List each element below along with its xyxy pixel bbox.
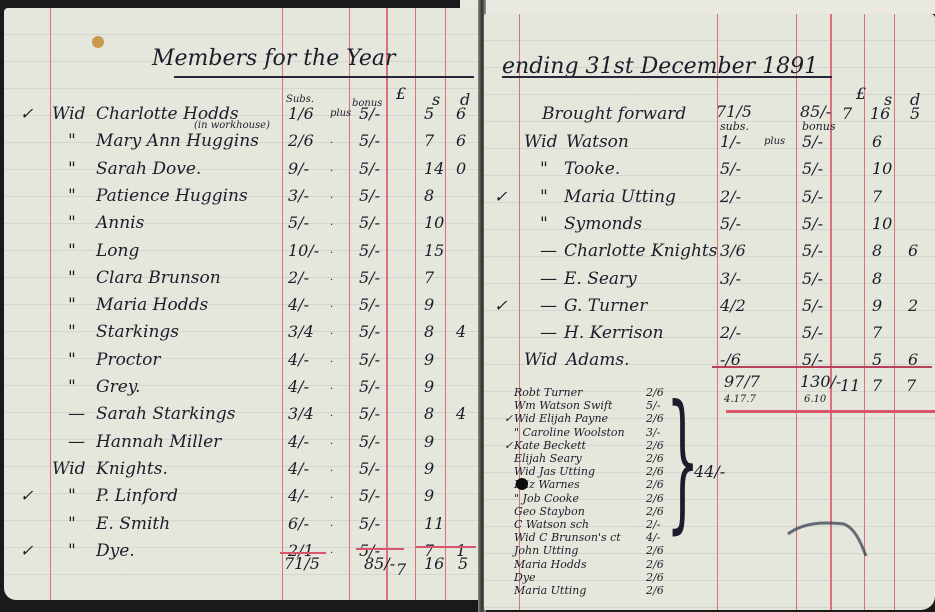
plus-marker: . (330, 135, 333, 146)
pounds-column-rule (415, 8, 416, 600)
subs-value: 1/- (720, 132, 741, 151)
row-prefix: " (68, 350, 76, 370)
plus-marker: . (330, 436, 333, 447)
shillings-value: 7 (872, 323, 882, 342)
header-pounds: £ (856, 84, 866, 103)
bonus-value: 5/- (359, 486, 380, 505)
row-prefix: " (68, 186, 76, 206)
shillings-value: 15 (424, 241, 444, 260)
supplementary-name: John Utting (514, 544, 578, 557)
bonus-value: 5/- (359, 268, 380, 287)
row-prefix: — (540, 269, 557, 289)
member-name: Long (96, 241, 139, 261)
row-prefix: " (68, 514, 76, 534)
pence-value: 6 (456, 131, 466, 150)
pence-value: 6 (456, 104, 466, 123)
plus-marker: plus (330, 108, 351, 119)
total-subs: 71/5 (284, 554, 320, 573)
shillings-value: 8 (872, 241, 882, 260)
shillings-value: 10 (872, 214, 892, 233)
supplementary-amount: 2/6 (646, 505, 664, 518)
row-prefix: Wid (52, 104, 86, 124)
supplementary-name: Wid C Brunson's ct (514, 531, 621, 544)
row-prefix: Wid (524, 132, 558, 152)
member-name: G. Turner (564, 296, 647, 316)
supplementary-amount: 2/6 (646, 558, 664, 571)
total-shillings: 7 (872, 376, 882, 395)
subs-value: 4/- (288, 350, 309, 369)
member-note: (in workhouse) (194, 120, 270, 131)
supplementary-amount: 4/- (646, 531, 660, 544)
member-name: Starkings (96, 322, 179, 342)
member-name: Dye. (96, 541, 135, 561)
member-name: P. Linford (96, 486, 178, 506)
member-name: Clara Brunson (96, 268, 221, 288)
row-prefix: " (68, 268, 76, 288)
row-prefix: " (68, 131, 76, 151)
brought-forward-pence: 5 (910, 104, 920, 123)
supplementary-amount: 2/6 (646, 571, 664, 584)
brought-forward-pounds: 7 (842, 104, 852, 123)
bonus-value: 5/- (802, 269, 823, 288)
plus-marker: . (330, 545, 333, 556)
row-prefix: " (540, 214, 548, 234)
bonus-value: 5/- (359, 459, 380, 478)
member-name: Hannah Miller (96, 432, 221, 452)
pence-value: 0 (456, 159, 466, 178)
shillings-column-rule (445, 8, 446, 600)
shillings-value: 9 (424, 295, 434, 314)
plus-marker: . (330, 408, 333, 419)
supplementary-amount: 2/6 (646, 386, 664, 399)
row-prefix: " (68, 295, 76, 315)
header-pounds: £ (396, 84, 406, 103)
shillings-value: 9 (424, 459, 434, 478)
subs-value: 5/- (720, 159, 741, 178)
supplementary-amount: 2/- (646, 518, 660, 531)
shillings-value: 8 (424, 404, 434, 423)
plus-marker: . (330, 463, 333, 474)
supplementary-amount: 2/6 (646, 412, 664, 425)
supplementary-amount: 2/6 (646, 544, 664, 557)
shillings-value: 9 (424, 377, 434, 396)
total-pence: 5 (458, 554, 468, 573)
plus-marker: . (330, 299, 333, 310)
row-prefix: " (68, 541, 76, 561)
bonus-value: 5/- (359, 377, 380, 396)
total-bonus-sub: 6.10 (804, 394, 826, 405)
subs-value: 2/- (720, 187, 741, 206)
member-name: Sarah Starkings (96, 404, 235, 424)
total-rule (356, 548, 404, 550)
plus-marker: . (330, 518, 333, 529)
supplementary-name: Robt Turner (514, 386, 582, 399)
member-name: Symonds (564, 214, 642, 234)
page-title-left: Members for the Year (152, 46, 396, 71)
bonus-value: 5/- (802, 323, 823, 342)
ink-stain (92, 36, 104, 48)
total-subs: 97/7 (724, 372, 760, 391)
total-bonus: 130/- (800, 372, 841, 391)
member-name: Annis (96, 213, 144, 233)
total-rule (416, 546, 476, 548)
subs-value: 4/- (288, 459, 309, 478)
plus-marker: . (330, 326, 333, 337)
supplementary-name: Wm Watson Swift (514, 399, 612, 412)
bonus-value: 5/- (802, 296, 823, 315)
shillings-value: 10 (872, 159, 892, 178)
bonus-value: 5/- (359, 514, 380, 533)
member-name: Proctor (96, 350, 161, 370)
bracket-icon: } (666, 386, 699, 536)
pence-value: 2 (908, 296, 918, 315)
plus-marker: . (330, 272, 333, 283)
row-prefix: " (68, 486, 76, 506)
row-prefix: — (540, 296, 557, 316)
title-underline (502, 76, 832, 78)
bonus-value: 5/- (359, 404, 380, 423)
total-rule (712, 366, 932, 368)
bonus-value: 5/- (802, 214, 823, 233)
member-name: Watson (566, 132, 629, 152)
subs-value: 3/4 (288, 404, 314, 423)
subs-value: 3/- (720, 269, 741, 288)
subs-value: 5/- (720, 214, 741, 233)
member-name: Grey. (96, 377, 141, 397)
pence-value: 4 (456, 322, 466, 341)
supplementary-amount: 5/- (646, 399, 660, 412)
supplementary-amount: 2/6 (646, 439, 664, 452)
plus-marker: . (330, 354, 333, 365)
supplementary-amount: 3/- (646, 426, 660, 439)
shillings-value: 7 (872, 187, 882, 206)
subs-value: 4/2 (720, 296, 746, 315)
member-name: Adams. (566, 350, 630, 370)
subs-value: 6/- (288, 514, 309, 533)
subs-value: 9/- (288, 159, 309, 178)
member-name: H. Kerrison (564, 323, 664, 343)
plus-marker: . (330, 217, 333, 228)
supplementary-name: Maria Utting (514, 584, 586, 597)
plus-marker: . (330, 490, 333, 501)
supplementary-name: " Job Cooke (514, 492, 579, 505)
shillings-value: 8 (424, 186, 434, 205)
brought-forward-shillings: 16 (870, 104, 890, 123)
subs-value: 3/- (288, 186, 309, 205)
margin-rule (50, 8, 51, 600)
shillings-value: 8 (424, 322, 434, 341)
bonus-value: 5/- (359, 322, 380, 341)
subs-value: 2/6 (288, 131, 314, 150)
bonus-value: 5/- (802, 187, 823, 206)
shillings-value: 10 (424, 213, 444, 232)
subs-value: 5/- (288, 213, 309, 232)
supplementary-name: Maria Hodds (514, 558, 587, 571)
supplementary-amount: 2/6 (646, 478, 664, 491)
bonus-value: 5/- (359, 213, 380, 232)
brought-forward-subs: 71/5 (716, 102, 752, 121)
bonus-value: 5/- (802, 159, 823, 178)
subs-value: 1/6 (288, 104, 314, 123)
shillings-value: 7 (424, 268, 434, 287)
plus-marker: . (330, 163, 333, 174)
bonus-value: 5/- (802, 132, 823, 151)
total-pounds: 7 (396, 560, 406, 579)
shillings-value: 14 (424, 159, 444, 178)
bonus-value: 5/- (359, 186, 380, 205)
supplementary-name: Geo Staybon (514, 505, 585, 518)
subs-value: 2/- (720, 323, 741, 342)
subs-value: 3/4 (288, 322, 314, 341)
shillings-value: 11 (424, 514, 444, 533)
supplementary-name: Kate Beckett (514, 439, 586, 452)
row-prefix: " (68, 241, 76, 261)
supplementary-name: Elijah Seary (514, 452, 582, 465)
supplementary-name: Dye (514, 571, 536, 584)
supplementary-amount: 2/6 (646, 584, 664, 597)
total-pounds: 11 (840, 376, 860, 395)
row-prefix: " (68, 322, 76, 342)
supplementary-name: Wid Jas Utting (514, 465, 595, 478)
pence-value: 6 (908, 241, 918, 260)
member-name: Knights. (96, 459, 168, 479)
shillings-value: 9 (872, 296, 882, 315)
check-mark-icon: ✓ (494, 187, 507, 206)
check-mark-icon: ✓ (20, 486, 33, 505)
bonus-value: 5/- (359, 295, 380, 314)
check-mark-icon: ✓ (20, 104, 33, 123)
member-name: E. Seary (564, 269, 637, 289)
check-mark-icon: ✓ (504, 412, 513, 425)
bonus-value: 5/- (359, 432, 380, 451)
row-prefix: " (540, 159, 548, 179)
subs-value: 3/6 (720, 241, 746, 260)
supplementary-amount: 2/6 (646, 465, 664, 478)
double-total-rule (726, 410, 935, 413)
pence-value: 4 (456, 404, 466, 423)
ink-blot (516, 478, 528, 490)
shillings-value: 8 (872, 269, 882, 288)
bonus-value: 5/- (359, 241, 380, 260)
plus-marker: plus (764, 136, 785, 147)
shillings-value: 9 (424, 350, 434, 369)
bonus-value: 5/- (359, 104, 380, 123)
shillings-column-rule (894, 14, 895, 610)
subs-value: 4/- (288, 486, 309, 505)
row-prefix: " (68, 159, 76, 179)
subs-value: 4/- (288, 377, 309, 396)
row-prefix: — (68, 432, 85, 452)
member-name: Maria Utting (564, 187, 676, 207)
subs-column-rule (282, 8, 283, 600)
member-name: Charlotte Knights (564, 241, 718, 261)
member-name: Patience Huggins (96, 186, 248, 206)
total-subs-sub: 4.17.7 (724, 394, 756, 405)
supplementary-amount: 2/6 (646, 492, 664, 505)
row-prefix: — (540, 241, 557, 261)
subs-value: 2/- (288, 268, 309, 287)
total-bonus: 85/- (364, 554, 395, 573)
subs-value: 10/- (288, 241, 319, 260)
row-prefix: " (68, 377, 76, 397)
supplementary-name: " Caroline Woolston (514, 426, 625, 439)
row-prefix: " (68, 213, 76, 233)
bonus-value: 5/- (359, 350, 380, 369)
subs-value: 4/- (288, 295, 309, 314)
ink-smudge-icon (784, 514, 874, 564)
supplementary-name: C Watson sch (514, 518, 589, 531)
row-prefix: — (68, 404, 85, 424)
total-shillings: 16 (424, 554, 444, 573)
supplementary-name: Wid Elijah Payne (514, 412, 608, 425)
shillings-value: 9 (424, 486, 434, 505)
brought-forward-label: Brought forward (542, 104, 686, 124)
right-page: ending 31st December 1891 £ s d Brought … (484, 14, 935, 610)
plus-marker: . (330, 245, 333, 256)
member-name: Sarah Dove. (96, 159, 201, 179)
bonus-column-rule (349, 8, 350, 600)
supplementary-amount: 2/6 (646, 452, 664, 465)
check-mark-icon: ✓ (494, 296, 507, 315)
shillings-value: 6 (872, 132, 882, 151)
total-pence: 7 (906, 376, 916, 395)
row-prefix: " (540, 187, 548, 207)
bonus-column-rule-double (386, 8, 388, 600)
check-mark-icon: ✓ (20, 541, 33, 560)
bonus-value: 5/- (359, 159, 380, 178)
left-page: Members for the Year Subs. bonus £ s d ✓… (4, 8, 480, 600)
bonus-value: 5/- (359, 131, 380, 150)
member-name: Mary Ann Huggins (96, 131, 259, 151)
brought-forward-bonus: 85/- (800, 102, 831, 121)
member-name: Tooke. (564, 159, 620, 179)
background-card (460, 0, 935, 14)
check-mark-icon: ✓ (504, 439, 513, 452)
bonus-value: 5/- (802, 241, 823, 260)
title-underline (174, 76, 474, 78)
shillings-value: 5 (424, 104, 434, 123)
member-name: E. Smith (96, 514, 170, 534)
plus-marker: . (330, 190, 333, 201)
shillings-value: 7 (424, 131, 434, 150)
subs-value: 4/- (288, 432, 309, 451)
shillings-value: 9 (424, 432, 434, 451)
row-prefix: — (540, 323, 557, 343)
plus-marker: . (330, 381, 333, 392)
row-prefix: Wid (524, 350, 558, 370)
row-prefix: Wid (52, 459, 86, 479)
bracket-total: 44/- (694, 462, 725, 481)
member-name: Maria Hodds (96, 295, 208, 315)
